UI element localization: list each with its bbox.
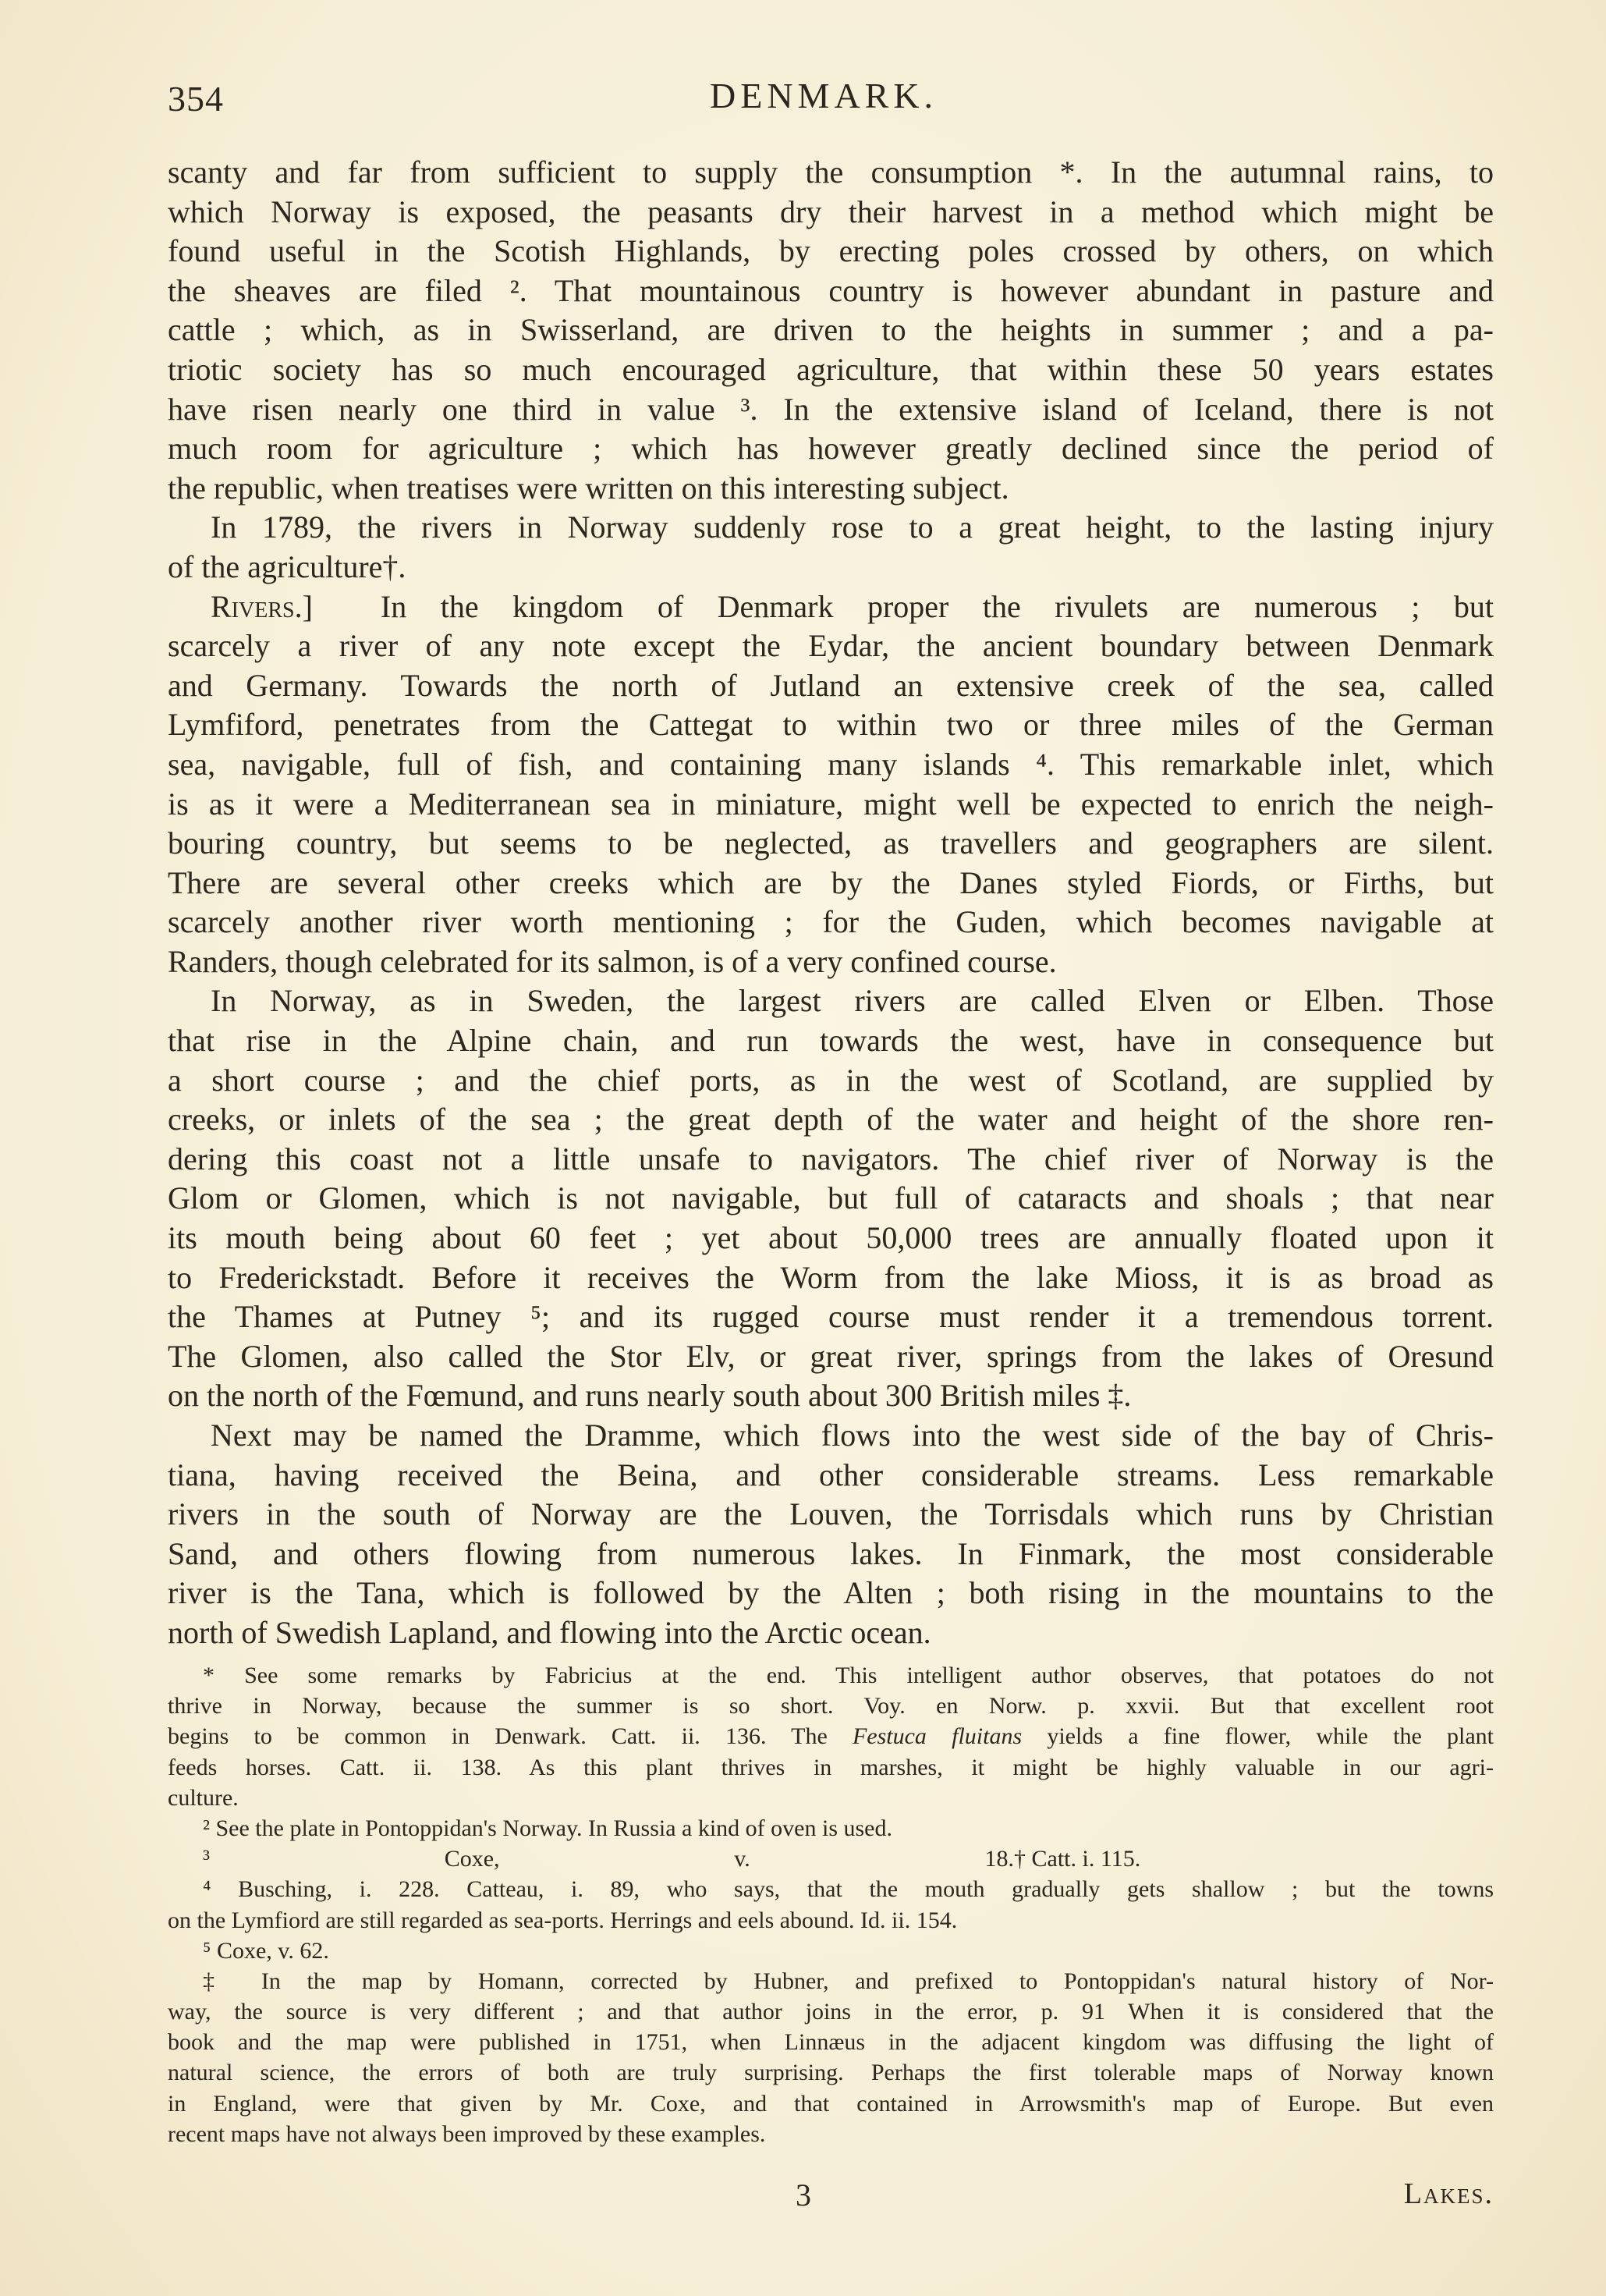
text-line: the Thames at Putney ⁵; and its rugged c… — [168, 1297, 1494, 1337]
text-line: creeks, or inlets of the sea ; the great… — [168, 1100, 1494, 1140]
text-line: the sheaves are filed ². That mountainou… — [168, 271, 1494, 311]
text-line: Lymfiford, penetrates from the Cattegat … — [168, 705, 1494, 745]
text-run: yields a fine flower, while the plant — [1022, 1723, 1494, 1749]
footnote-4: ⁴ Busching, i. 228. Catteau, i. 89, who … — [168, 1874, 1494, 1904]
text-line: bouring country, but seems to be neglect… — [168, 824, 1494, 864]
text-line: dering this coast not a little unsafe to… — [168, 1140, 1494, 1180]
footnote-3-and-dagger: ³ Coxe, v. 18.† Catt. i. 115. — [168, 1844, 1494, 1874]
footnote-line: in England, were that given by Mr. Coxe,… — [168, 2088, 1494, 2119]
text-line: scarcely a river of any note except the … — [168, 626, 1494, 666]
text-line: triotic society has so much encouraged a… — [168, 350, 1494, 390]
text-line: of the agriculture†. — [168, 548, 1494, 587]
text-line: a short course ; and the chief ports, as… — [168, 1061, 1494, 1101]
text-line: on the north of the Fœmund, and runs nea… — [168, 1376, 1494, 1416]
text-line: found useful in the Scotish Highlands, b… — [168, 232, 1494, 271]
text-line: river is the Tana, which is followed by … — [168, 1574, 1494, 1613]
text-line: the republic, when treatises were writte… — [168, 469, 1494, 509]
footnote-line: way, the source is very different ; and … — [168, 1996, 1494, 2027]
book-page: 354 DENMARK. scanty and far from suffici… — [0, 0, 1606, 2296]
footnote-line: on the Lymfiord are still regarded as se… — [168, 1905, 1494, 1936]
running-title: DENMARK. — [710, 75, 938, 116]
text-line: rivers in the south of Norway are the Lo… — [168, 1495, 1494, 1535]
footnote-line: culture. — [168, 1783, 1494, 1813]
footnote-line: feeds horses. Catt. ii. 138. As this pla… — [168, 1752, 1494, 1783]
text-line: north of Swedish Lapland, and flowing in… — [168, 1613, 1494, 1653]
text-line: Glom or Glomen, which is not navigable, … — [168, 1179, 1494, 1219]
text-line: Sand, and others flowing from numerous l… — [168, 1535, 1494, 1574]
footnote-line: natural science, the errors of both are … — [168, 2057, 1494, 2088]
footnote-2: ² See the plate in Pontoppidan's Norway.… — [168, 1813, 1494, 1844]
paragraph-start: Next may be named the Dramme, which flow… — [168, 1416, 1494, 1456]
text-line: have risen nearly one third in value ³. … — [168, 390, 1494, 430]
text-line: scarcely another river worth mentioning … — [168, 903, 1494, 942]
text-line: Randers, though celebrated for its salmo… — [168, 942, 1494, 982]
text-run: In the kingdom of Denmark proper the riv… — [381, 589, 1494, 624]
text-line: which Norway is exposed, the peasants dr… — [168, 193, 1494, 232]
signature-mark: 3 — [796, 2177, 811, 2213]
footnote-line: begins to be common in Denwark. Catt. ii… — [168, 1721, 1494, 1751]
footnote-line: recent maps have not always been improve… — [168, 2119, 1494, 2149]
footnote-line: thrive in Norway, because the summer is … — [168, 1691, 1494, 1721]
footnote-5: ⁵ Coxe, v. 62. — [168, 1936, 1494, 1966]
footnotes: * See some remarks by Fabricius at the e… — [168, 1660, 1494, 2149]
rivers-paragraph-start: Rivers.] In the kingdom of Denmark prope… — [168, 587, 1494, 627]
text-line: much room for agriculture ; which has ho… — [168, 429, 1494, 469]
footnote-dagger: † Catt. i. 115. — [1014, 1844, 1140, 1874]
paragraph-start: In Norway, as in Sweden, the largest riv… — [168, 981, 1494, 1021]
italic-term: Festuca fluitans — [853, 1723, 1022, 1749]
footnote-3: ³ Coxe, v. 18. — [203, 1844, 1014, 1874]
text-line: The Glomen, also called the Stor Elv, or… — [168, 1337, 1494, 1377]
side-heading: Rivers.] — [211, 589, 313, 624]
catchword: Lakes. — [1404, 2177, 1494, 2211]
paragraph-start: In 1789, the rivers in Norway suddenly r… — [168, 508, 1494, 548]
text-line: is as it were a Mediterranean sea in min… — [168, 785, 1494, 825]
footnote-line: book and the map were published in 1751,… — [168, 2027, 1494, 2057]
text-line: and Germany. Towards the north of Jutlan… — [168, 666, 1494, 706]
text-line: that rise in the Alpine chain, and run t… — [168, 1021, 1494, 1061]
page-number: 354 — [168, 78, 224, 119]
text-line: There are several other creeks which are… — [168, 864, 1494, 903]
text-line: tiana, having received the Beina, and ot… — [168, 1456, 1494, 1496]
text-line: sea, navigable, full of fish, and contai… — [168, 745, 1494, 785]
text-line: cattle ; which, as in Swisserland, are d… — [168, 311, 1494, 350]
text-line: to Frederickstadt. Before it receives th… — [168, 1258, 1494, 1298]
text-run: begins to be common in Denwark. Catt. ii… — [168, 1723, 853, 1749]
footnote-double-dagger: ‡ In the map by Homann, corrected by Hub… — [168, 1966, 1494, 1996]
footnote-star: * See some remarks by Fabricius at the e… — [168, 1660, 1494, 1691]
running-head: 354 DENMARK. — [168, 75, 1494, 122]
text-line: its mouth being about 60 feet ; yet abou… — [168, 1219, 1494, 1258]
main-text: scanty and far from sufficient to supply… — [168, 153, 1494, 1653]
text-line: scanty and far from sufficient to supply… — [168, 153, 1494, 193]
